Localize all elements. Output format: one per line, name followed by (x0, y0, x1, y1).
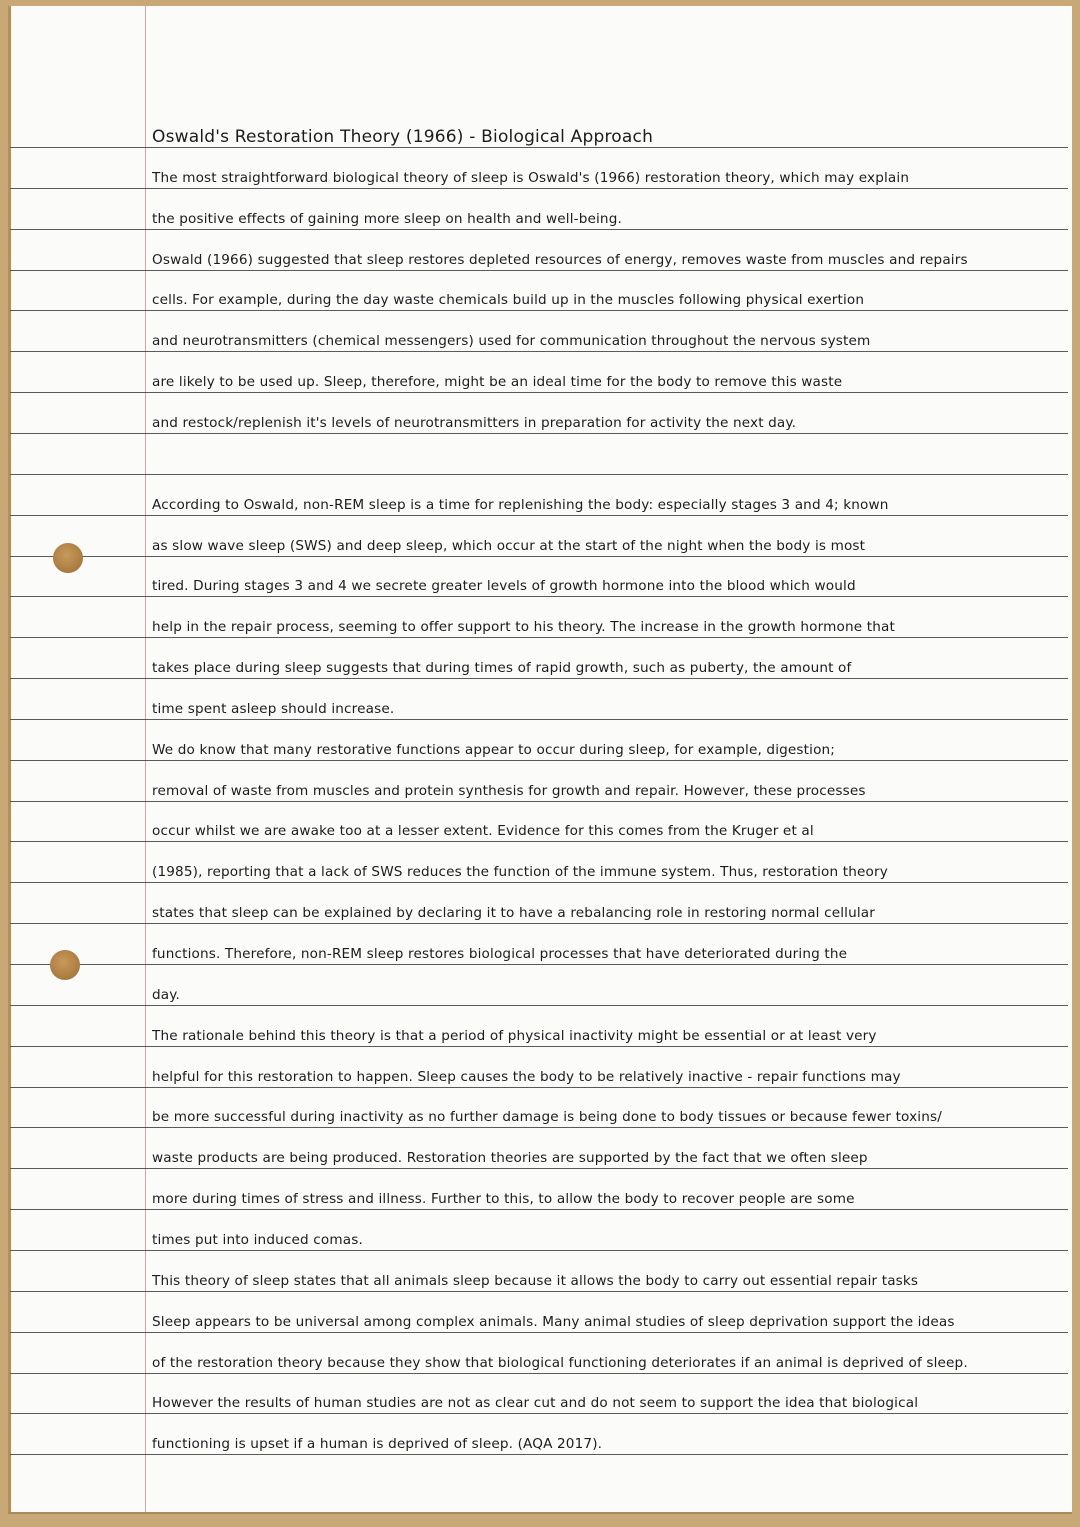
ruled-line (10, 1454, 1068, 1455)
text-line: and neurotransmitters (chemical messenge… (152, 332, 1058, 350)
text-line: The most straightforward biological theo… (152, 169, 1058, 187)
ruled-line (10, 1168, 1068, 1169)
ruled-line (10, 719, 1068, 720)
text-line: Oswald (1966) suggested that sleep resto… (152, 251, 1058, 269)
ruled-line (10, 1087, 1068, 1088)
page-title: Oswald's Restoration Theory (1966) - Bio… (152, 128, 1058, 146)
ruled-line (10, 351, 1068, 352)
ruled-line (10, 1005, 1068, 1006)
text-line: waste products are being produced. Resto… (152, 1149, 1058, 1167)
text-line: more during times of stress and illness.… (152, 1190, 1058, 1208)
text-line: The rationale behind this theory is that… (152, 1027, 1058, 1045)
text-line: time spent asleep should increase. (152, 700, 1058, 718)
text-line: the positive effects of gaining more sle… (152, 210, 1058, 228)
text-line: helpful for this restoration to happen. … (152, 1068, 1058, 1086)
ruled-line (10, 1127, 1068, 1128)
text-line: occur whilst we are awake too at a lesse… (152, 822, 1058, 840)
text-line: functioning is upset if a human is depri… (152, 1435, 1058, 1453)
ruled-line (10, 1413, 1068, 1414)
text-line: times put into induced comas. (152, 1231, 1058, 1249)
text-line: of the restoration theory because they s… (152, 1354, 1058, 1372)
text-line: be more successful during inactivity as … (152, 1108, 1058, 1126)
text-line: removal of waste from muscles and protei… (152, 782, 1058, 800)
ruled-line (10, 1373, 1068, 1374)
ruled-line (10, 923, 1068, 924)
ruled-line (10, 392, 1068, 393)
text-line: and restock/replenish it's levels of neu… (152, 414, 1058, 432)
ruled-line (10, 1046, 1068, 1047)
text-line: However the results of human studies are… (152, 1394, 1058, 1412)
ruled-line (10, 147, 1068, 148)
ruled-line (10, 1250, 1068, 1251)
text-line: day. (152, 986, 1058, 1004)
ruled-line (10, 474, 1068, 475)
ruled-line (10, 188, 1068, 189)
ruled-line (10, 882, 1068, 883)
ruled-line (10, 310, 1068, 311)
ruled-line (10, 1291, 1068, 1292)
text-line: This theory of sleep states that all ani… (152, 1272, 1058, 1290)
text-line: functions. Therefore, non-REM sleep rest… (152, 945, 1058, 963)
ruled-line (10, 801, 1068, 802)
text-line: as slow wave sleep (SWS) and deep sleep,… (152, 537, 1058, 555)
ruled-line (10, 433, 1068, 434)
ruled-line (10, 229, 1068, 230)
ruled-line (10, 596, 1068, 597)
text-line: tired. During stages 3 and 4 we secrete … (152, 577, 1058, 595)
ruled-line (10, 1332, 1068, 1333)
ruled-line (10, 270, 1068, 271)
ruled-line (10, 760, 1068, 761)
punch-hole (53, 543, 83, 573)
text-line: cells. For example, during the day waste… (152, 291, 1058, 309)
text-line: states that sleep can be explained by de… (152, 904, 1058, 922)
text-line: takes place during sleep suggests that d… (152, 659, 1058, 677)
text-line: We do know that many restorative functio… (152, 741, 1058, 759)
text-line: (1985), reporting that a lack of SWS red… (152, 863, 1058, 881)
ruled-line (10, 964, 1068, 965)
text-line: According to Oswald, non-REM sleep is a … (152, 496, 1058, 514)
ruled-line (10, 637, 1068, 638)
text-line: Sleep appears to be universal among comp… (152, 1313, 1058, 1331)
ruled-line (10, 515, 1068, 516)
punch-hole (50, 950, 80, 980)
notebook-page: Oswald's Restoration Theory (1966) - Bio… (8, 6, 1072, 1512)
ruled-line (10, 678, 1068, 679)
text-line: are likely to be used up. Sleep, therefo… (152, 373, 1058, 391)
ruled-line (10, 1209, 1068, 1210)
ruled-line (10, 556, 1068, 557)
text-line: help in the repair process, seeming to o… (152, 618, 1058, 636)
ruled-line (10, 841, 1068, 842)
